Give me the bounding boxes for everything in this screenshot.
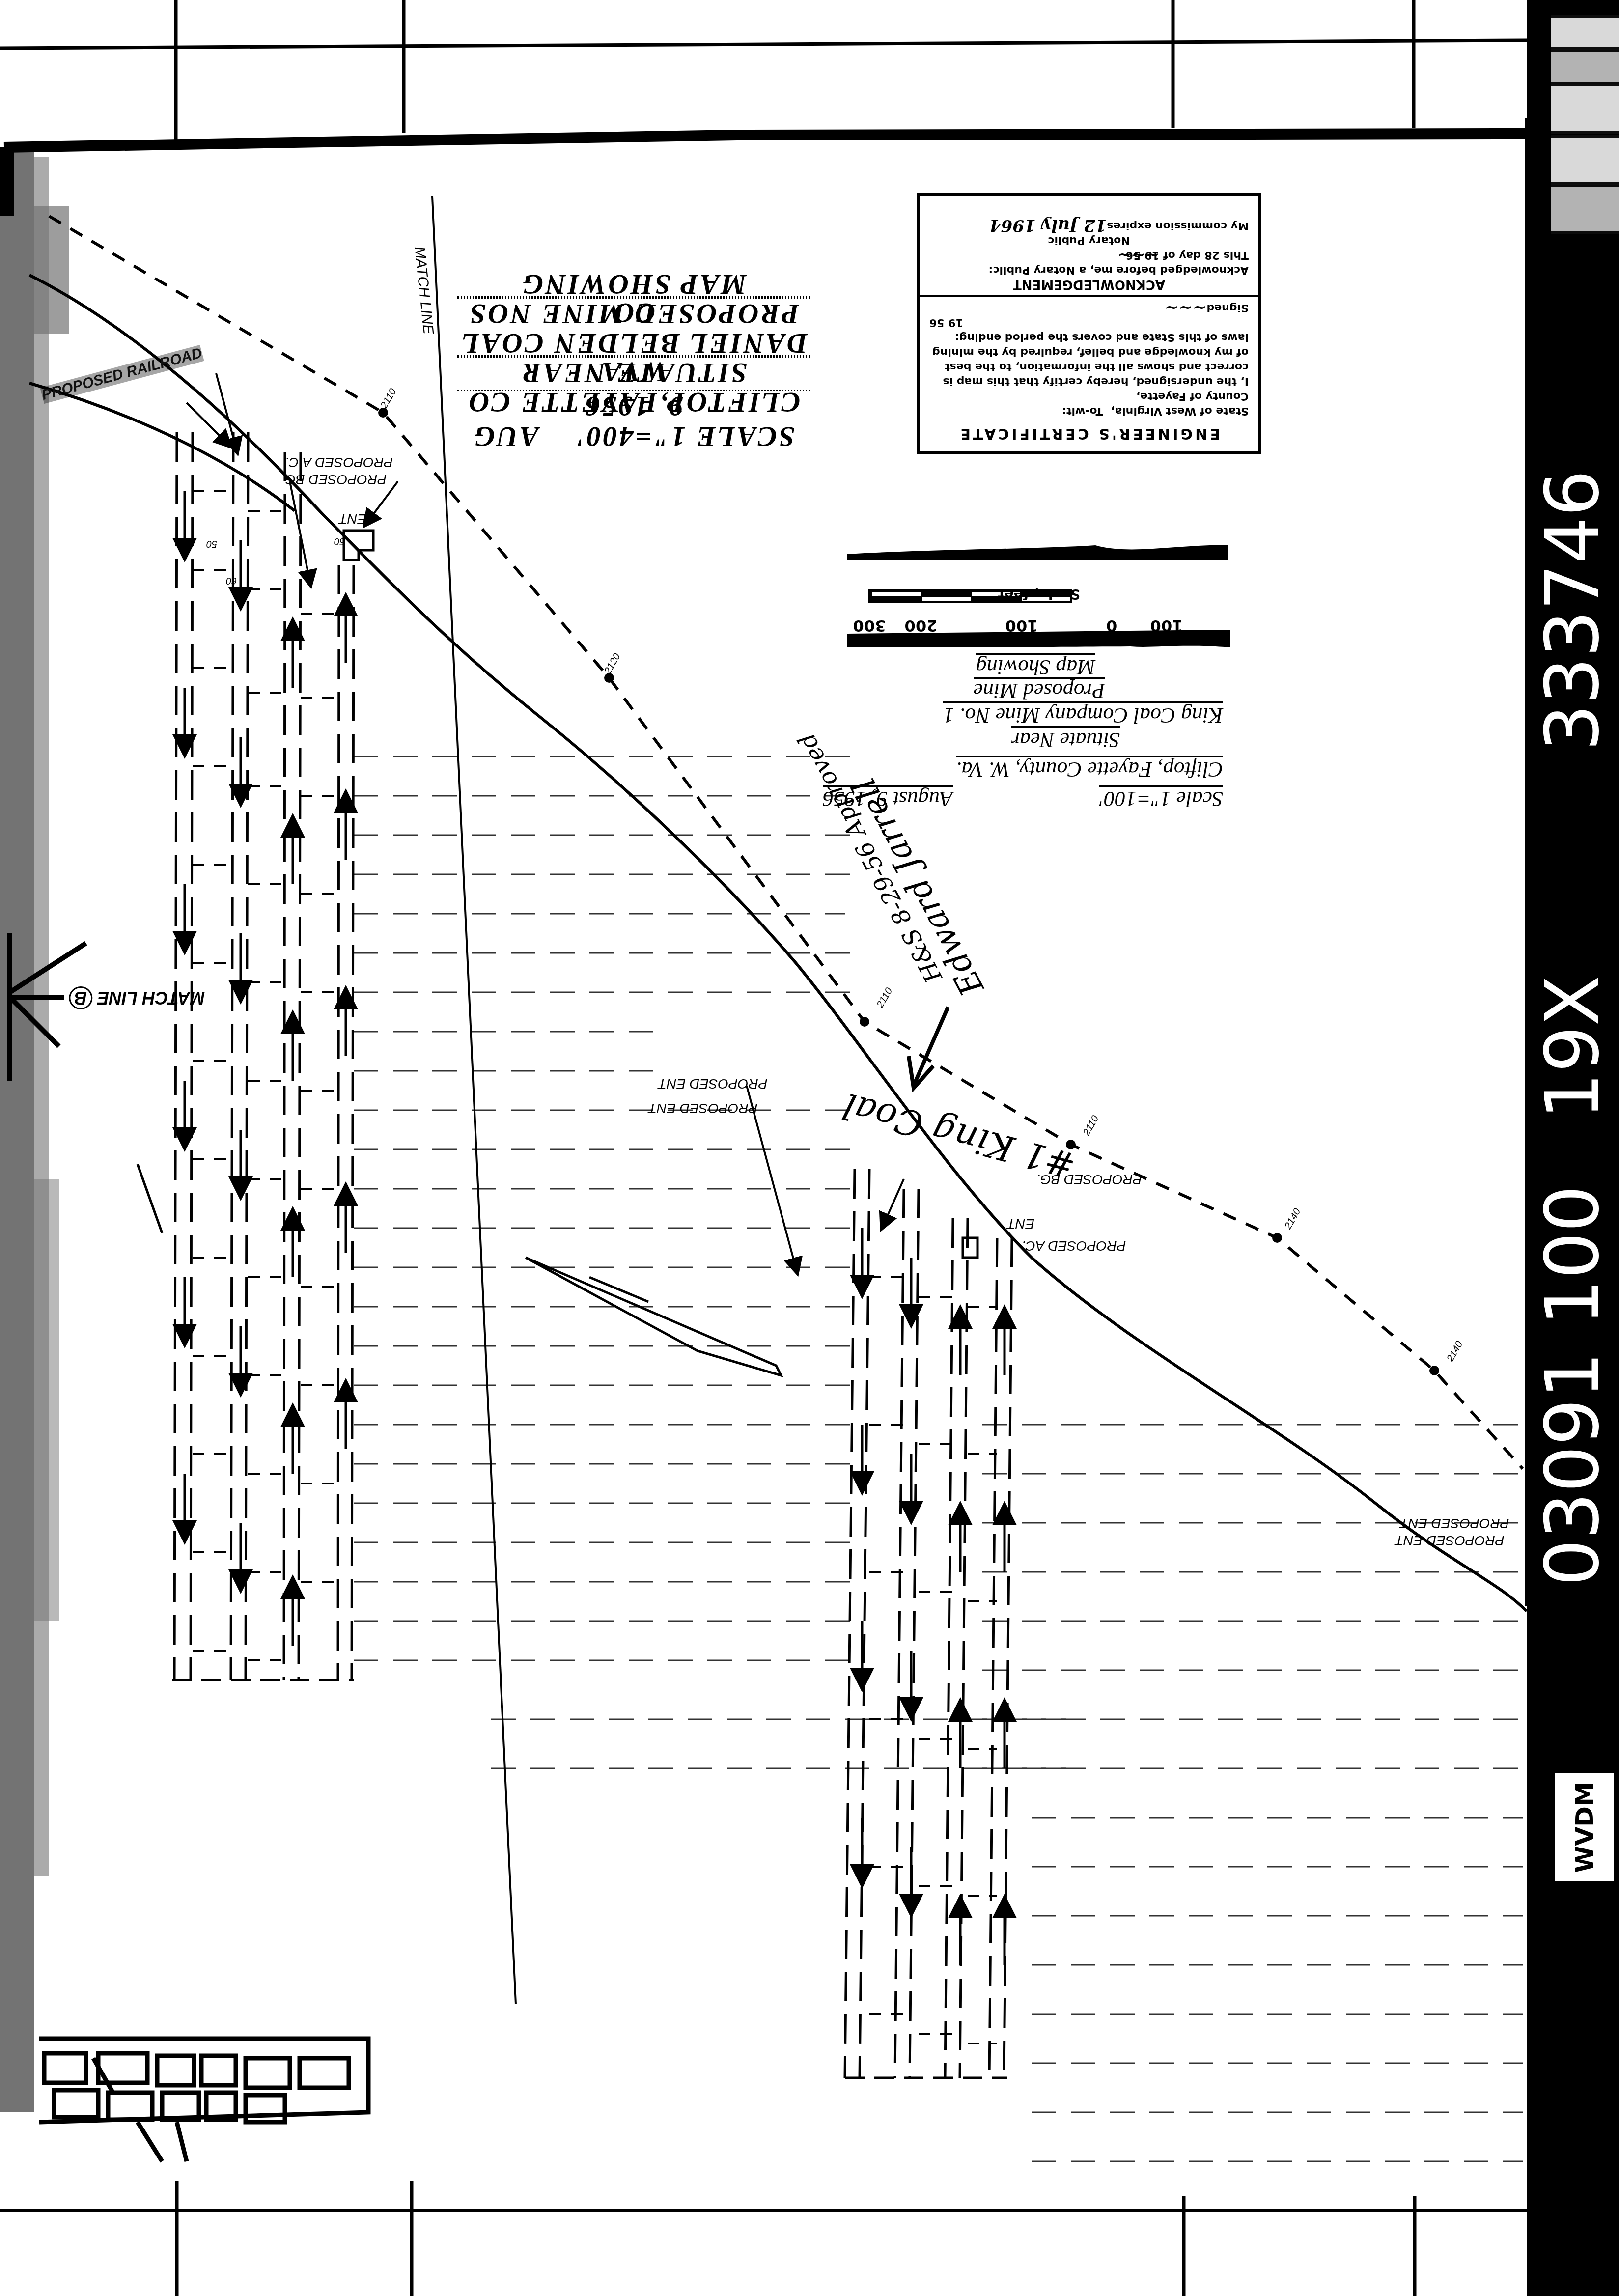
old-mine-works <box>39 2039 368 2161</box>
scale-tick: 300 <box>853 616 886 635</box>
commission-date: 12 July 1964 <box>989 218 1107 233</box>
title-line-2: PROPOSED MINE NOS <box>457 297 810 329</box>
certificate-signed-label: Signed <box>1207 302 1249 314</box>
scale-bar-label: Scale, feet <box>998 586 1080 602</box>
certificate-state: State of West Virginia, <box>1111 405 1249 417</box>
proposed-ent-bottom-label: PROPOSED ENT <box>1400 1515 1509 1531</box>
entry-portal-icon <box>344 531 373 560</box>
ent-right-label: ENT <box>1007 1216 1034 1232</box>
scale-tick: 100 <box>1005 616 1038 635</box>
film-number: 03091 <box>1536 1494 1610 1586</box>
archive-code: WVDM <box>1570 1782 1599 1873</box>
title-line-4: SITUATE NEAR <box>457 356 810 388</box>
depth-mark: 60 <box>226 575 237 586</box>
scan-noise-left-edge <box>0 147 69 2112</box>
ventilation-arrows-right <box>862 1228 1005 1965</box>
archive-code-box: WVDM <box>1555 1773 1614 1881</box>
engineers-certificate: ENGINEER'S CERTIFICATE State of West Vir… <box>917 193 1261 454</box>
acknowledgement-body: Acknowledged before me, a Notary Public: <box>920 262 1258 277</box>
depth-mark: 50 <box>334 535 345 547</box>
title2-line-5: Cliftop, Fayette County, W. Va. <box>956 756 1223 781</box>
film-number: 19X <box>1536 1027 1610 1120</box>
title2-line-4: Situate Near <box>1011 726 1120 752</box>
wedge-sketch <box>526 1258 781 1375</box>
commission-label: My commission expires <box>1107 220 1249 232</box>
ventilation-arrows <box>185 491 346 1646</box>
proposed-ac-right-label: PROPOSED AC. <box>1022 1238 1126 1254</box>
scale-bar: Scale, feet 100 0 100 200 300 <box>847 553 1230 646</box>
film-number: 333746 <box>1536 659 1610 751</box>
title2-line-2: Proposed Mine <box>974 677 1105 702</box>
acknowledgement-heading: ACKNOWLEDGEMENT <box>920 277 1258 292</box>
scale-tick: 200 <box>905 616 938 635</box>
match-line <box>432 196 516 2004</box>
title-block-primary: SCALE 1"=400' AUG 9, 1956 CLIFTOP FAYETT… <box>457 275 810 452</box>
proposed-bg-label: PROPOSED BG <box>285 472 387 487</box>
outcrop-line <box>29 275 1527 1611</box>
certificate-county: County of Fayette, <box>1136 390 1249 402</box>
approval-arrow-icon <box>904 1002 963 1100</box>
notary-signature: ~~~ <box>1117 248 1159 262</box>
title-line-1: MAP SHOWING <box>457 269 810 300</box>
proposed-ent-label: PROPOSED ENT <box>658 1076 767 1092</box>
title2-scale: Scale 1"=100' <box>1099 785 1223 811</box>
film-number: 100 <box>1536 1233 1610 1326</box>
entry-portal-icon <box>963 1238 977 1258</box>
certificate-body: I, the undersigned, hereby certify that … <box>920 330 1258 389</box>
proposed-ent-bottom-label: PROPOSED ENT <box>1395 1533 1504 1548</box>
mine-panel-right <box>845 1169 1012 2078</box>
certificate-heading: ENGINEER'S CERTIFICATE <box>920 425 1258 442</box>
scale-bar-ticks: 100 0 100 200 300 <box>847 616 1230 636</box>
leader-lines <box>187 373 904 1267</box>
proposed-ent-label: PROPOSED ENT <box>648 1100 757 1116</box>
depth-mark: 50 <box>206 538 217 549</box>
certificate-to-wit: To-wit: <box>1062 405 1103 417</box>
acknowledgement-day: This 28 day of <box>1163 249 1249 261</box>
title2-line-3: King Coal Company Mine No. 1 <box>943 701 1223 727</box>
microfilm-strip: 333746 19X 100 03091 WVDM <box>1527 0 1619 2296</box>
proposed-ac-label: PROPOSED A.C. <box>285 454 393 470</box>
scale-tick: 0 <box>1106 616 1117 635</box>
scale-tick: 100 <box>1150 616 1183 635</box>
ent-label: ENT <box>339 511 366 527</box>
title2-line-1: Map Showing <box>976 653 1095 679</box>
certificate-period-year: 19 56 <box>929 316 963 329</box>
match-line-marker: B <box>69 986 92 1009</box>
match-line-b-label: MATCH LINE B <box>69 987 205 1008</box>
engineer-signature: ~~~ <box>1165 300 1206 315</box>
